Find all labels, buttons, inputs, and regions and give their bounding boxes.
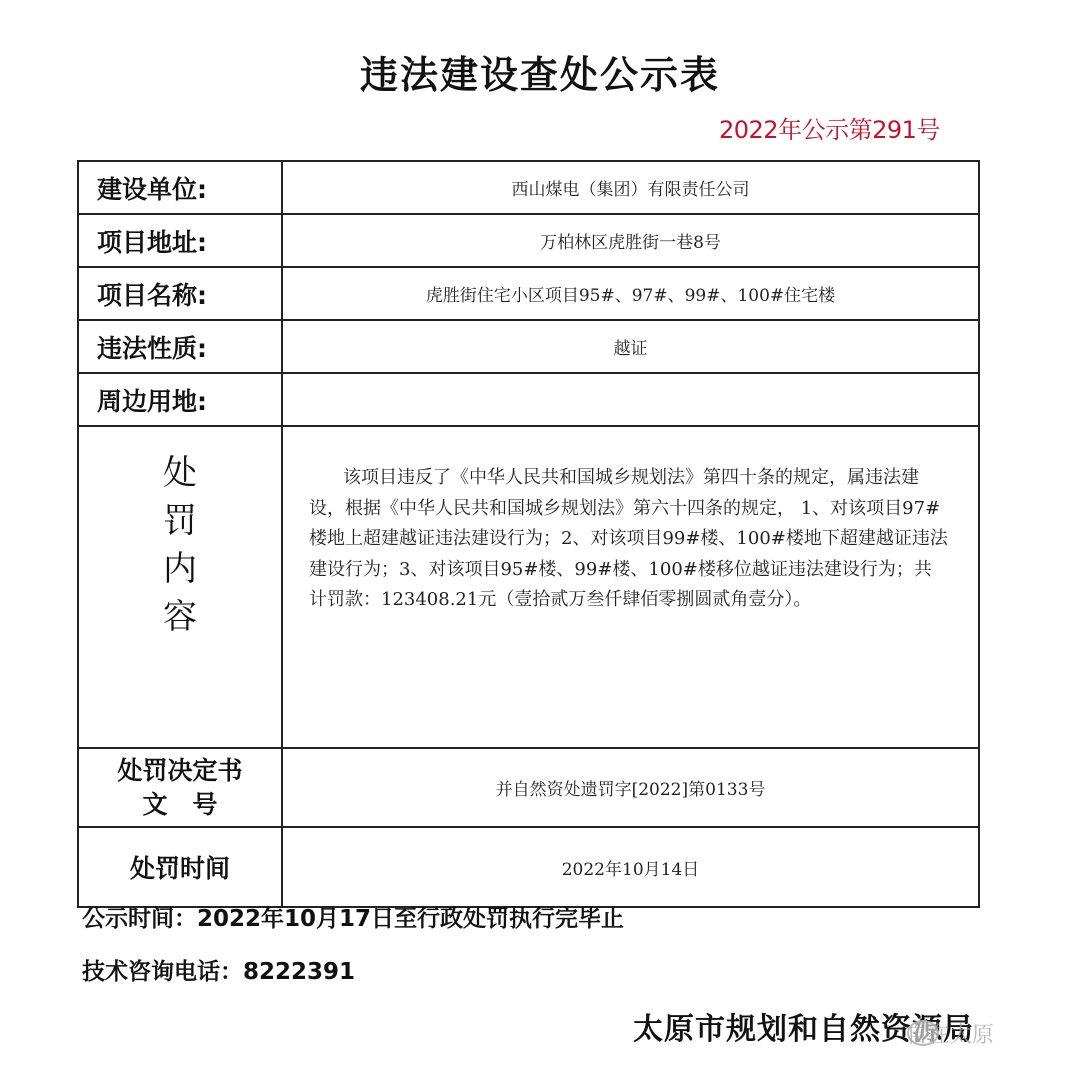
table-row: 处罚时间 2022年10月14日 [78, 827, 979, 907]
field-value-project-name: 虎胜街住宅小区项目95#、97#、99#、100#住宅楼 [282, 267, 979, 320]
watermark-text: 自在太原 [906, 1018, 994, 1049]
field-label: 项目地址: [78, 214, 282, 267]
decision-number-label-cell: 处罚决定书 文 号 [78, 748, 282, 827]
table-row: 处罚决定书 文 号 并自然资处遗罚字[2022]第0133号 [78, 748, 979, 827]
notice-table: 建设单位: 西山煤电（集团）有限责任公司 项目地址: 万柏林区虎胜街一巷8号 项… [77, 160, 980, 908]
penalty-content-label-cell: 处罚内容 [78, 426, 282, 748]
field-value-surrounding-land [282, 373, 979, 426]
table-row: 周边用地: [78, 373, 979, 426]
field-label: 违法性质: [78, 320, 282, 373]
penalty-content-cell: 该项目违反了《中华人民共和国城乡规划法》第四十条的规定，属违法建设，根据《中华人… [282, 426, 979, 748]
penalty-content-label: 处罚内容 [160, 449, 200, 641]
field-value-violation-type: 越证 [282, 320, 979, 373]
penalty-content-text: 该项目违反了《中华人民共和国城乡规划法》第四十条的规定，属违法建设，根据《中华人… [309, 467, 948, 610]
field-value-project-address: 万柏林区虎胜街一巷8号 [282, 214, 979, 267]
field-label: 建设单位: [78, 161, 282, 214]
hotline: 技术咨询电话：8222391 [82, 953, 355, 986]
field-label: 周边用地: [78, 373, 282, 426]
table-row: 处罚内容 该项目违反了《中华人民共和国城乡规划法》第四十条的规定，属违法建设，根… [78, 426, 979, 748]
field-value-decision-number: 并自然资处遗罚字[2022]第0133号 [282, 748, 979, 827]
document-number: 2022年公示第291号 [719, 110, 940, 145]
decision-number-label-line2: 文 号 [79, 788, 281, 822]
table-row: 项目地址: 万柏林区虎胜街一巷8号 [78, 214, 979, 267]
table-row: 违法性质: 越证 [78, 320, 979, 373]
field-value-penalty-date: 2022年10月14日 [282, 827, 979, 907]
table-row: 项目名称: 虎胜街住宅小区项目95#、97#、99#、100#住宅楼 [78, 267, 979, 320]
field-label: 项目名称: [78, 267, 282, 320]
publicity-period: 公示时间：2022年10月17日至行政处罚执行完毕止 [82, 900, 624, 933]
table-row: 建设单位: 西山煤电（集团）有限责任公司 [78, 161, 979, 214]
page-title: 违法建设查处公示表 [0, 44, 1080, 99]
field-value-construction-unit: 西山煤电（集团）有限责任公司 [282, 161, 979, 214]
penalty-date-label: 处罚时间 [78, 827, 282, 907]
decision-number-label-line1: 处罚决定书 [79, 754, 281, 788]
